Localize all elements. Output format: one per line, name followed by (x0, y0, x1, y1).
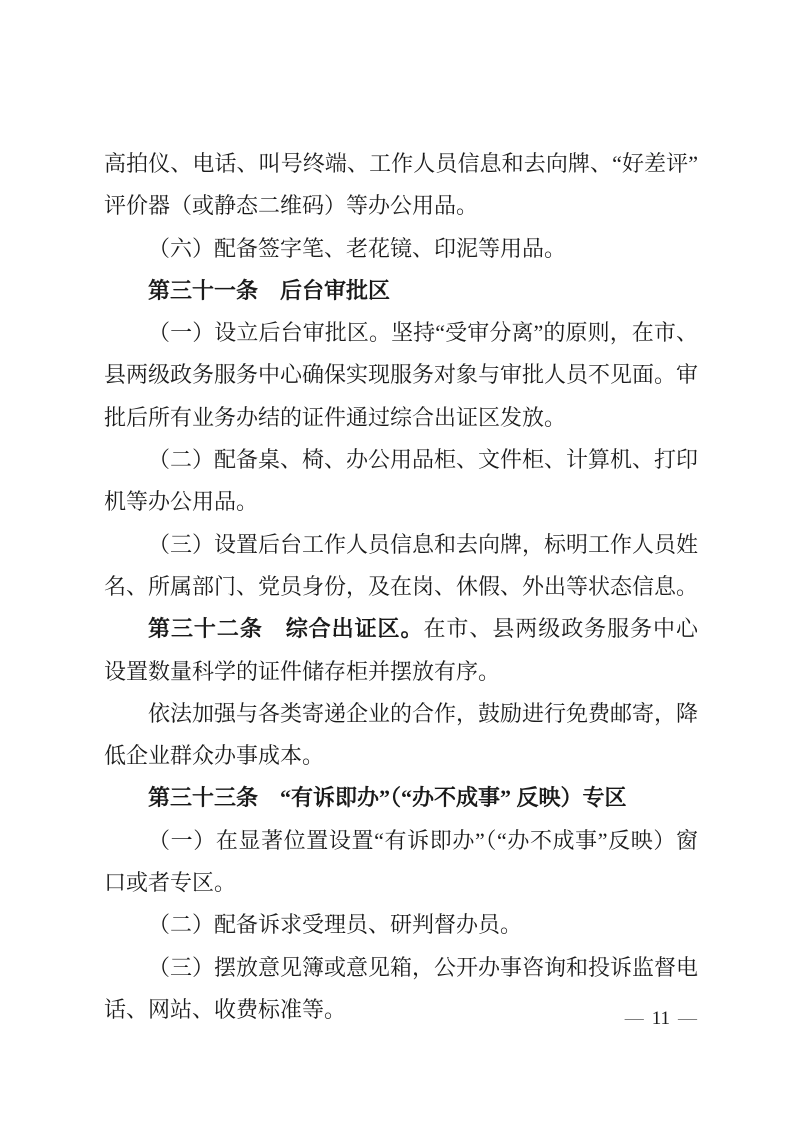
footer-left-dash: — (619, 1008, 650, 1029)
article-31-clause-1: （一）设立后台审批区。坚持“受审分离”的原则，在市、县两级政务服务中心确保实现服… (104, 312, 698, 439)
article-32-body: 依法加强与各类寄递企业的合作，鼓励进行免费邮寄，降低企业群众办事成本。 (104, 693, 698, 778)
article-32-heading-lead: 第三十二条 综合出证区。 (148, 616, 423, 641)
document-body: 高拍仪、电话、叫号终端、工作人员信息和去向牌、“好差评”评价器（或静态二维码）等… (104, 143, 698, 1031)
page-number: 11 (650, 1008, 672, 1029)
article-33-clause-3: （三）摆放意见簿或意见箱，公开办事咨询和投诉监督电话、网站、收费标准等。 (104, 947, 698, 1032)
article-31-heading: 第三十一条 后台审批区 (104, 270, 698, 312)
article-33-clause-2: （二）配备诉求受理员、研判督办员。 (104, 904, 698, 946)
article-31-clause-2: （二）配备桌、椅、办公用品柜、文件柜、计算机、打印机等办公用品。 (104, 439, 698, 524)
article-31-clause-3: （三）设置后台工作人员信息和去向牌，标明工作人员姓名、所属部门、党员身份，及在岗… (104, 524, 698, 609)
page-footer: —11— (619, 1004, 703, 1034)
article-33-heading: 第三十三条 “有诉即办”（“办不成事” 反映）专区 (104, 777, 698, 819)
clause-item-6: （六）配备签字笔、老花镜、印泥等用品。 (104, 228, 698, 270)
article-32-paragraph: 第三十二条 综合出证区。在市、县两级政务服务中心设置数量科学的证件储存柜并摆放有… (104, 608, 698, 693)
paragraph-continuation: 高拍仪、电话、叫号终端、工作人员信息和去向牌、“好差评”评价器（或静态二维码）等… (104, 143, 698, 228)
article-33-clause-1: （一）在显著位置设置“有诉即办”（“办不成事”反映）窗口或者专区。 (104, 820, 698, 905)
footer-right-dash: — (672, 1008, 703, 1029)
document-page: 高拍仪、电话、叫号终端、工作人员信息和去向牌、“好差评”评价器（或静态二维码）等… (0, 0, 793, 1122)
